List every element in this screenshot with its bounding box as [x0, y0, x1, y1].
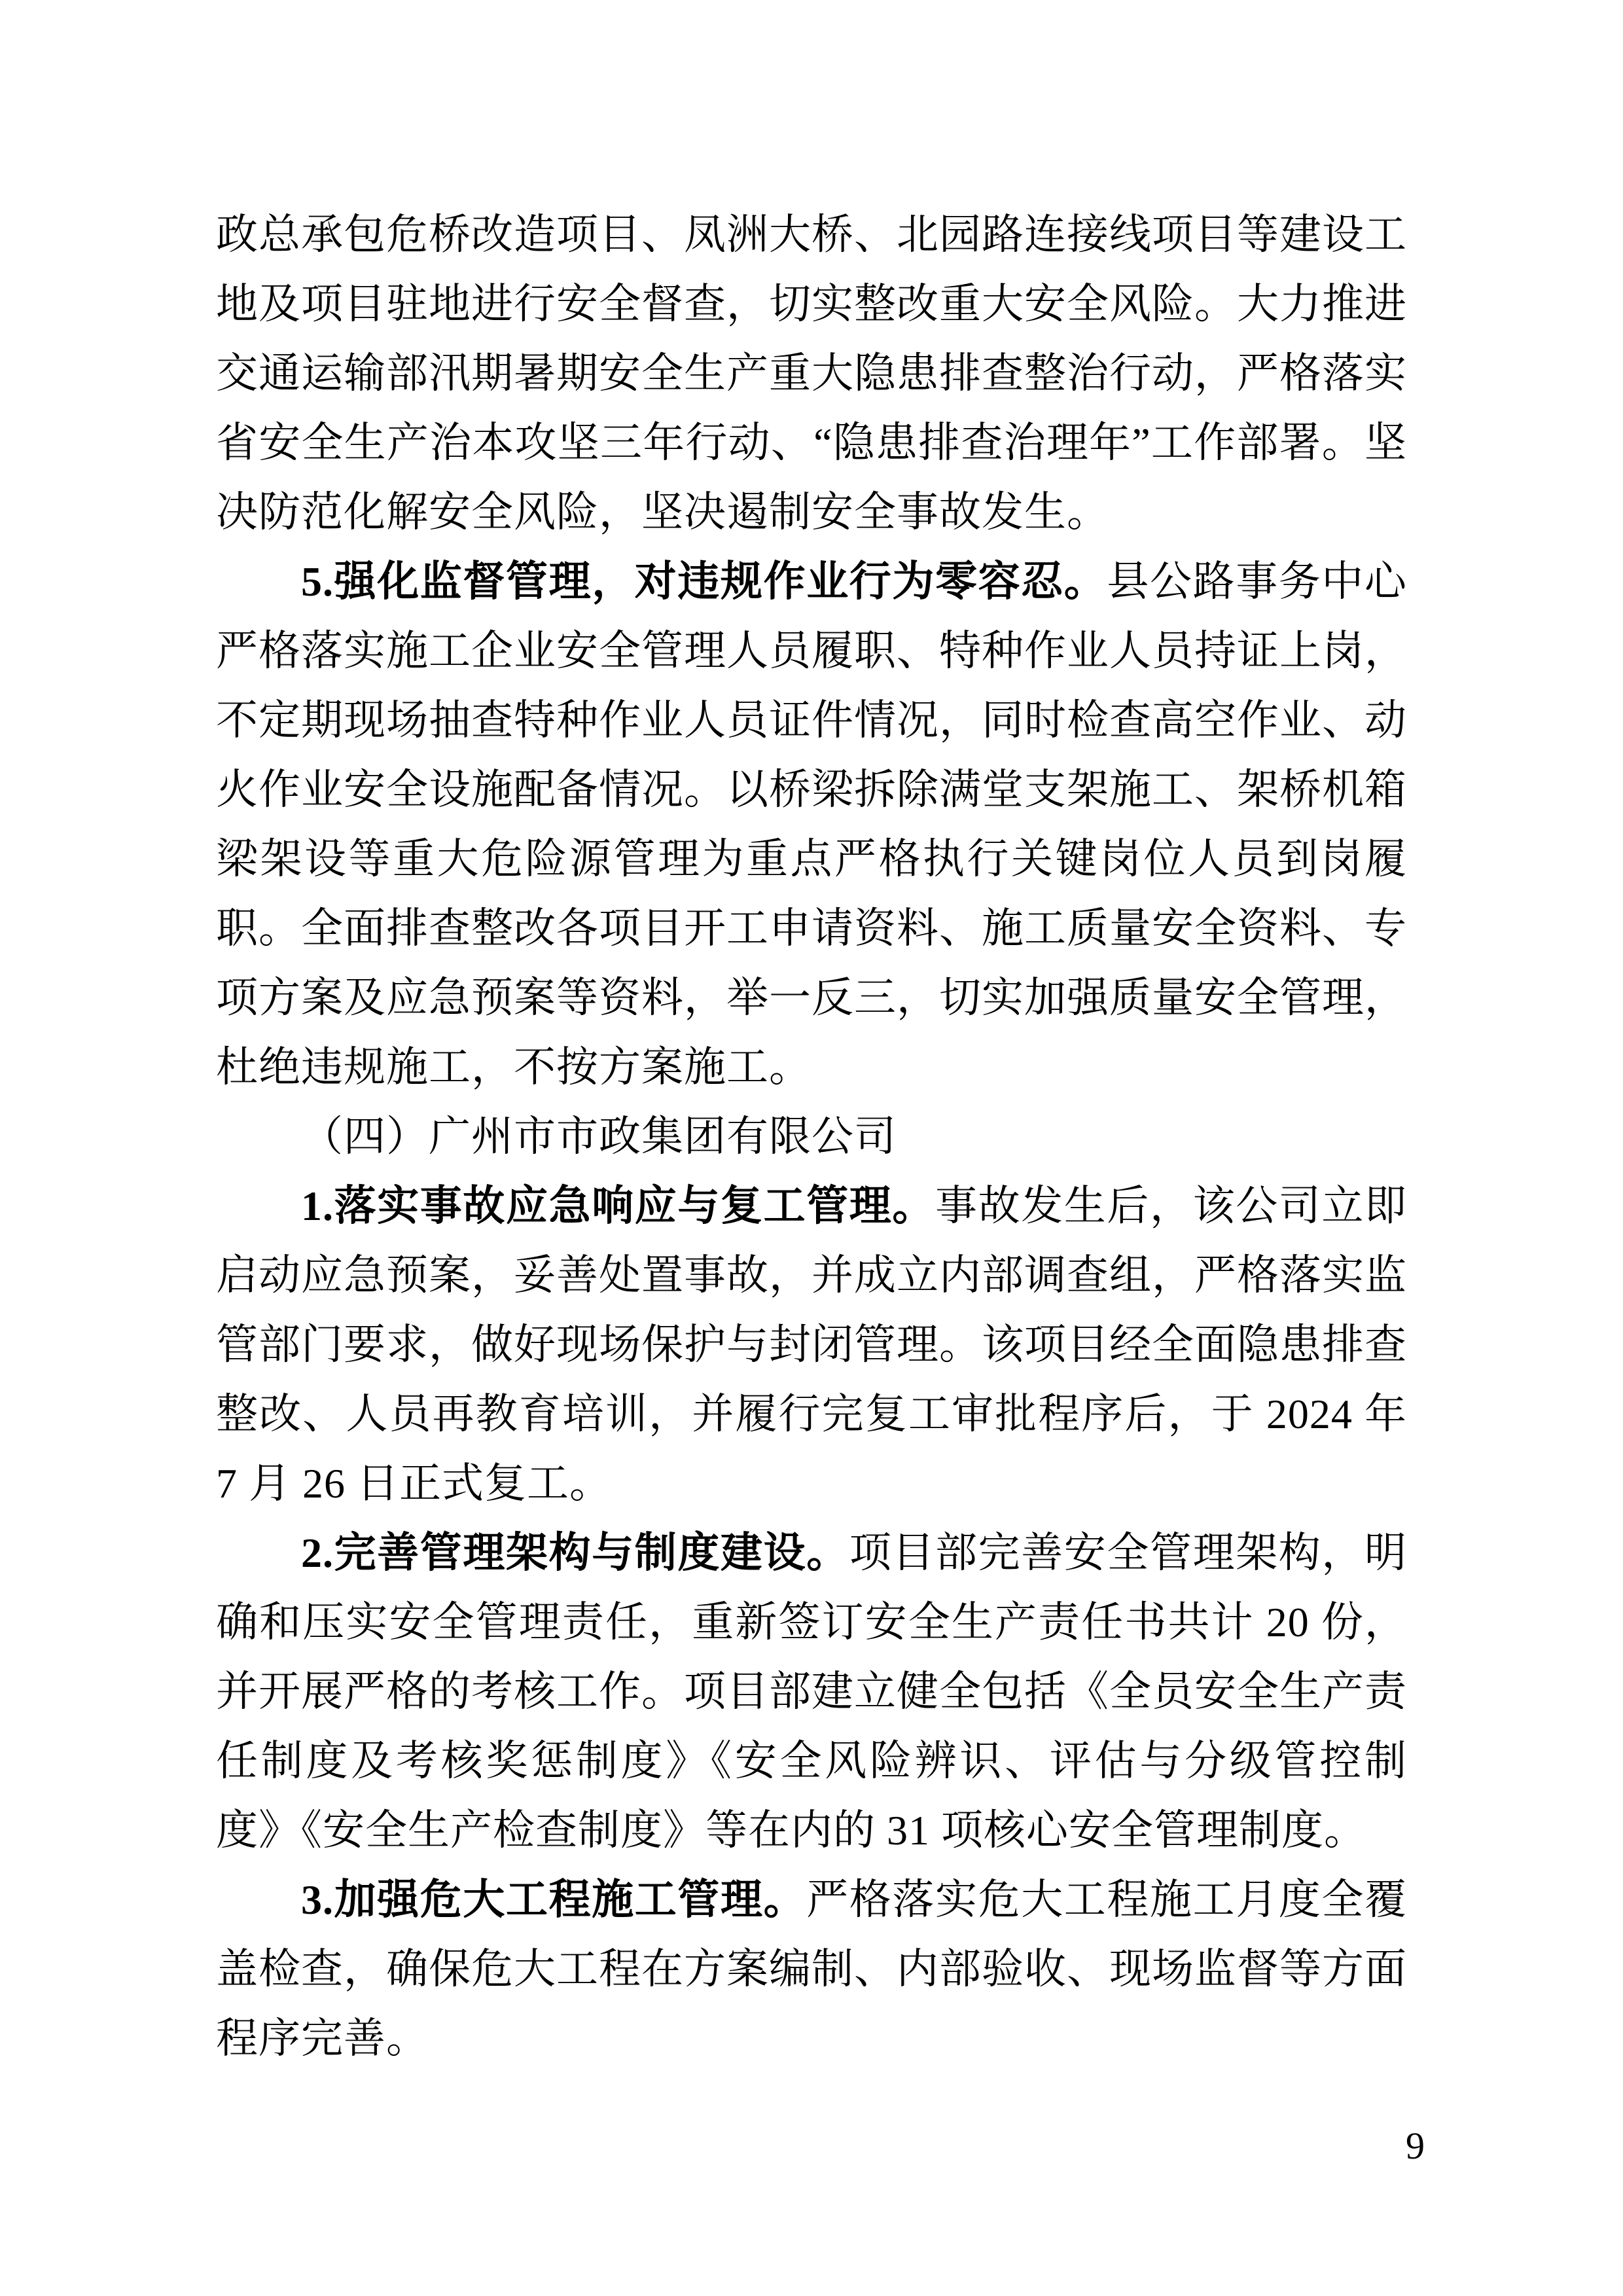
bold-heading-run: 1.落实事故应急响应与复工管理。	[301, 1183, 935, 1229]
bold-heading-run: 3.加强危大工程施工管理。	[301, 1876, 806, 1923]
text-run: （四）广州市市政集团有限公司	[301, 1113, 897, 1160]
document-page: { "page": { "number": "9" }, "document":…	[0, 0, 1623, 2296]
paragraph: 3.加强危大工程施工管理。严格落实危大工程施工月度全覆盖检查，确保危大工程在方案…	[216, 1865, 1407, 2073]
body-text: 政总承包危桥改造项目、凤洲大桥、北园路连接线项目等建设工地及项目驻地进行安全督查…	[216, 200, 1407, 2073]
page-number: 9	[1406, 2127, 1425, 2165]
text-run: 县公路事务中心严格落实施工企业安全管理人员履职、特种作业人员持证上岗，不定期现场…	[216, 558, 1407, 1090]
paragraph: （四）广州市市政集团有限公司	[216, 1102, 1407, 1172]
bold-heading-run: 2.完善管理架构与制度建设。	[301, 1530, 849, 1576]
text-run: 事故发生后，该公司立即启动应急预案，妥善处置事故，并成立内部调查组，严格落实监管…	[216, 1183, 1407, 1507]
text-run: 政总承包危桥改造项目、凤洲大桥、北园路连接线项目等建设工地及项目驻地进行安全督查…	[216, 211, 1407, 535]
paragraph: 5.强化监督管理，对违规作业行为零容忍。县公路事务中心严格落实施工企业安全管理人…	[216, 547, 1407, 1102]
paragraph: 政总承包危桥改造项目、凤洲大桥、北园路连接线项目等建设工地及项目驻地进行安全督查…	[216, 200, 1407, 547]
text-run: 项目部完善安全管理架构，明确和压实安全管理责任，重新签订安全生产责任书共计 20…	[216, 1530, 1407, 1854]
bold-heading-run: 5.强化监督管理，对违规作业行为零容忍。	[301, 558, 1107, 605]
paragraph: 2.完善管理架构与制度建设。项目部完善安全管理架构，明确和压实安全管理责任，重新…	[216, 1518, 1407, 1865]
paragraph: 1.落实事故应急响应与复工管理。事故发生后，该公司立即启动应急预案，妥善处置事故…	[216, 1172, 1407, 1518]
page: 政总承包危桥改造项目、凤洲大桥、北园路连接线项目等建设工地及项目驻地进行安全督查…	[0, 0, 1623, 2296]
